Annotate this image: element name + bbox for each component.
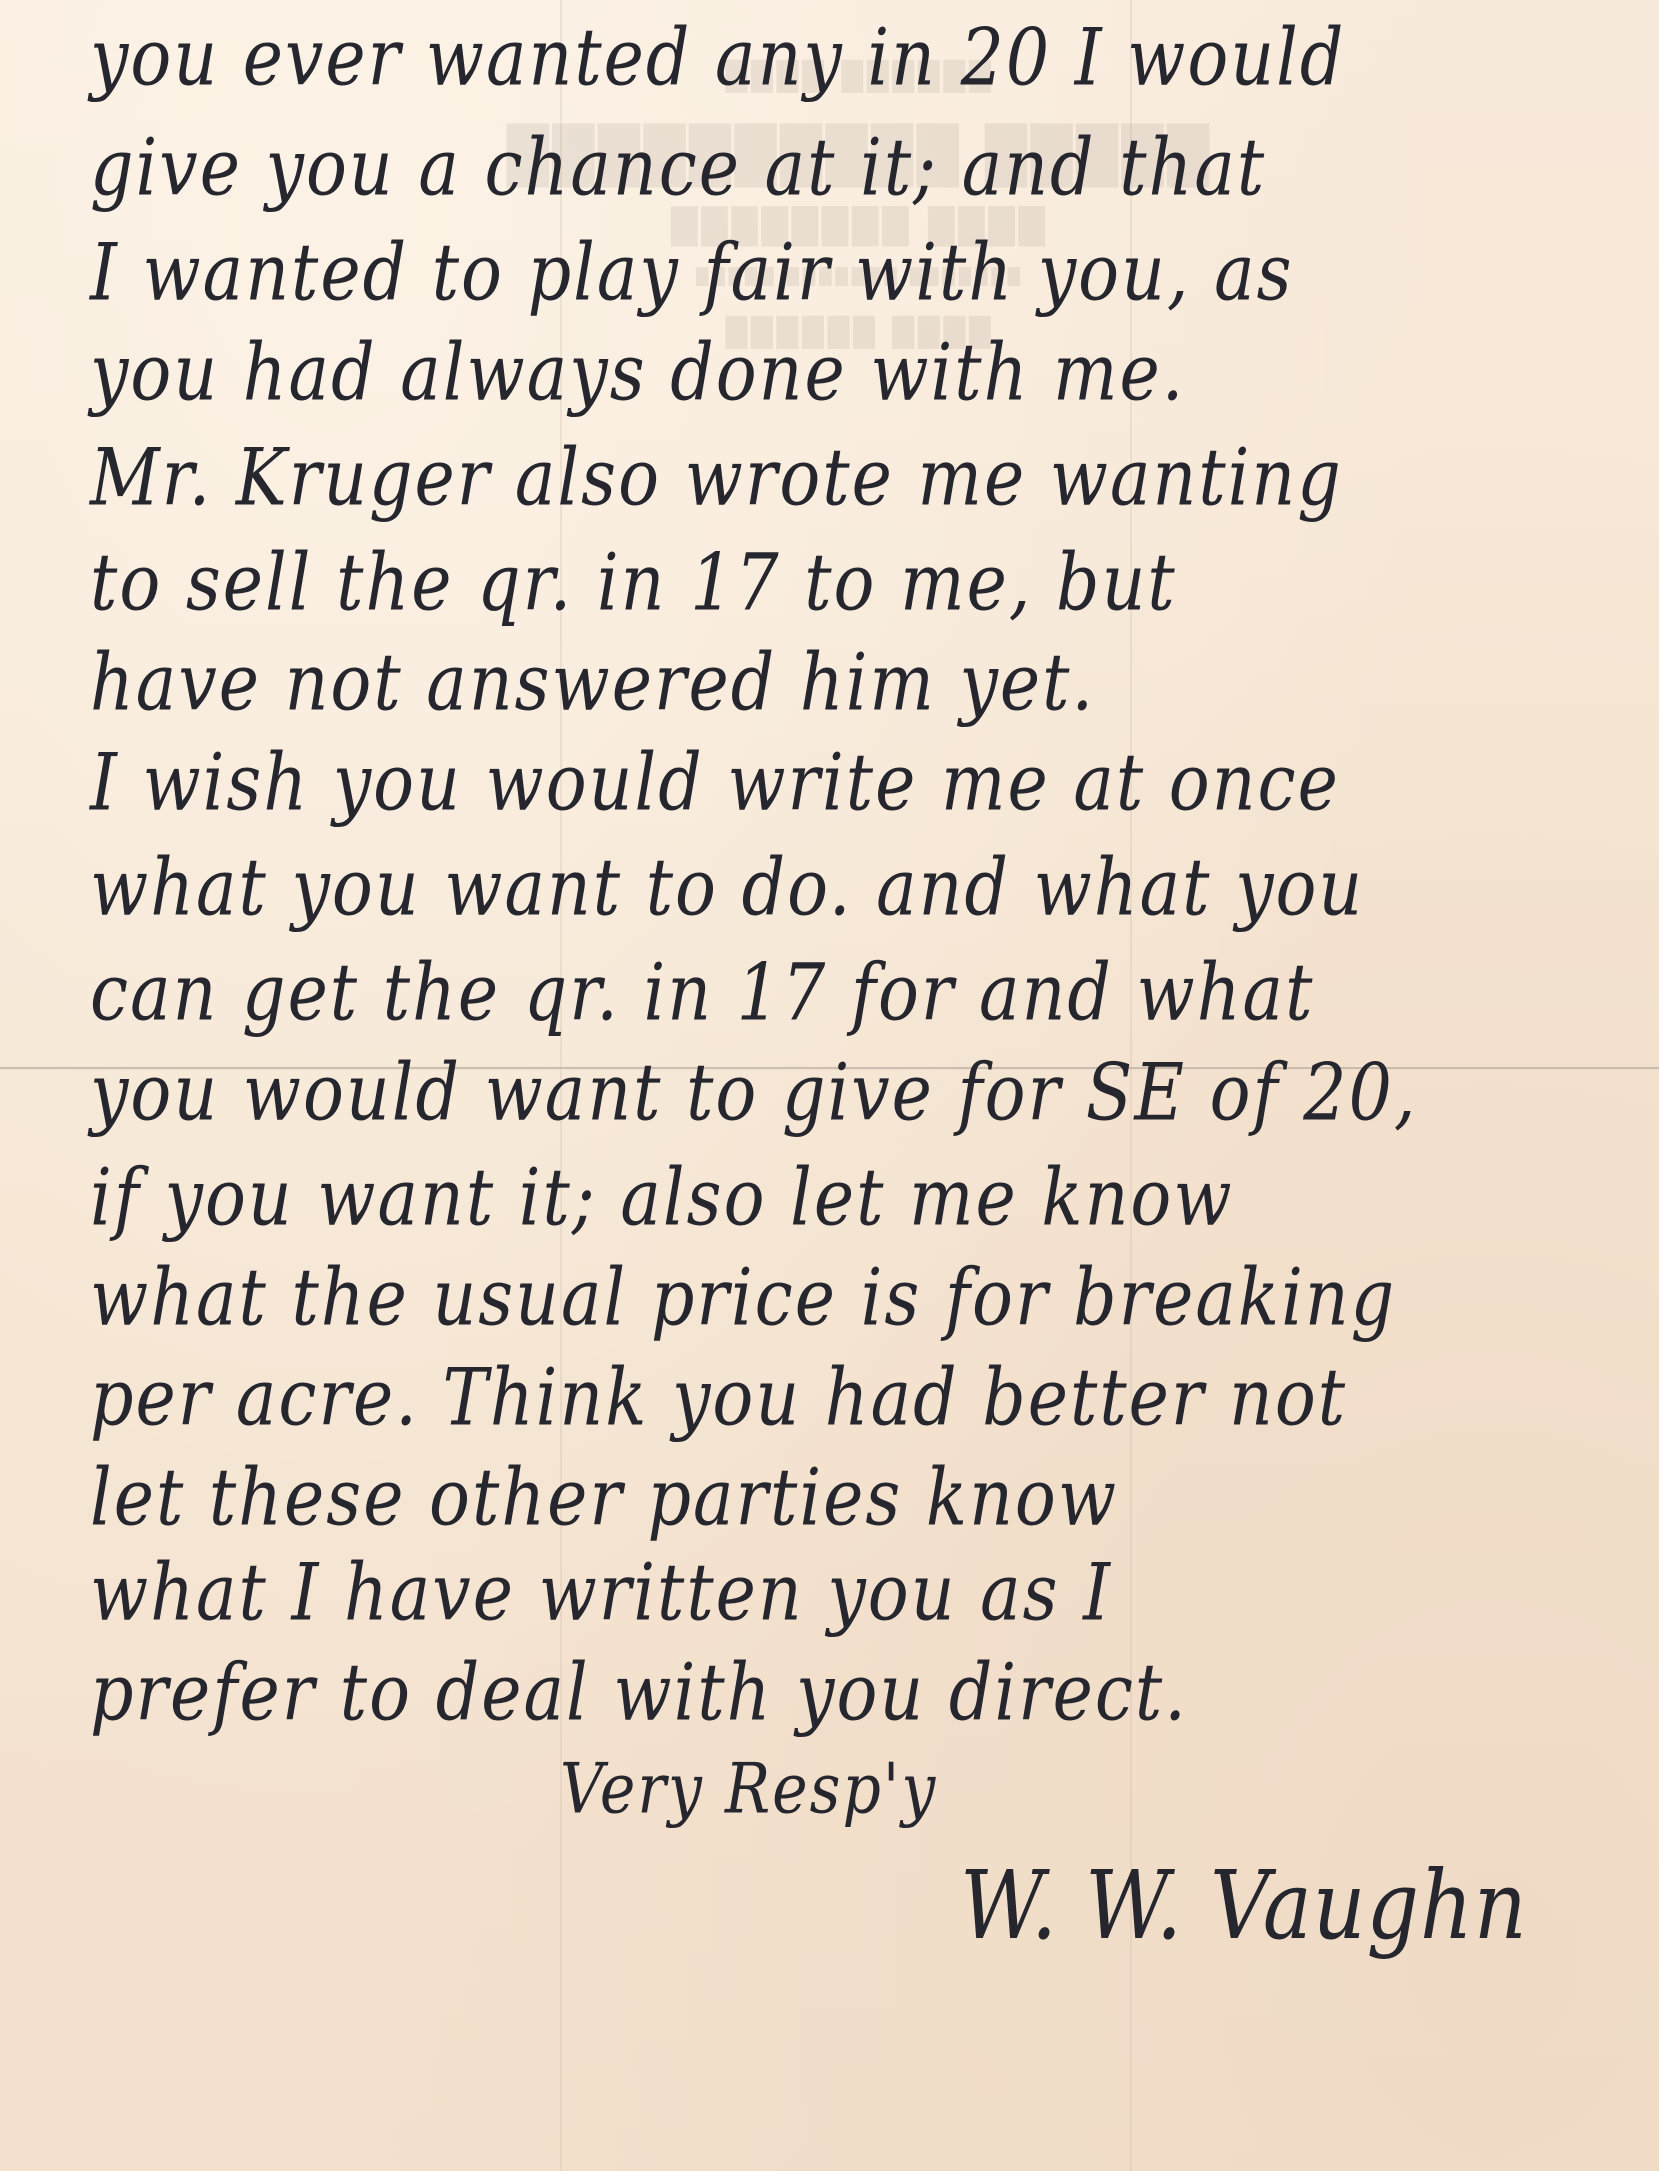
letter-line: what you want to do. and what you xyxy=(90,850,1364,928)
letter-closing: Very Resp'y xyxy=(560,1755,937,1824)
letter-line: I wish you would write me at once xyxy=(90,745,1340,823)
letter-line: have not answered him yet. xyxy=(90,645,1095,723)
letter-line: let these other parties know xyxy=(90,1460,1118,1538)
letter-line: Mr. Kruger also wrote me wanting xyxy=(90,440,1343,518)
letter-line: to sell the qr. in 17 to me, but xyxy=(90,545,1177,623)
letter-line: you had always done with me. xyxy=(90,335,1185,413)
letter-line: per acre. Think you had better not xyxy=(90,1360,1347,1438)
letter-line: you would want to give for SE of 20, xyxy=(90,1055,1417,1133)
letter-line: give you a chance at it; and that xyxy=(90,130,1266,208)
letter-line: if you want it; also let me know xyxy=(90,1160,1234,1238)
letter-signature: W. W. Vaughn xyxy=(960,1860,1528,1954)
letter-line: can get the qr. in 17 for and what xyxy=(90,955,1314,1033)
letter-line: prefer to deal with you direct. xyxy=(90,1655,1188,1733)
letter-line: you ever wanted any in 20 I would xyxy=(90,20,1345,98)
letter-line: what I have written you as I xyxy=(90,1555,1112,1633)
letter-line: what the usual price is for breaking xyxy=(90,1260,1396,1338)
letter-line: I wanted to play fair with you, as xyxy=(90,235,1294,313)
